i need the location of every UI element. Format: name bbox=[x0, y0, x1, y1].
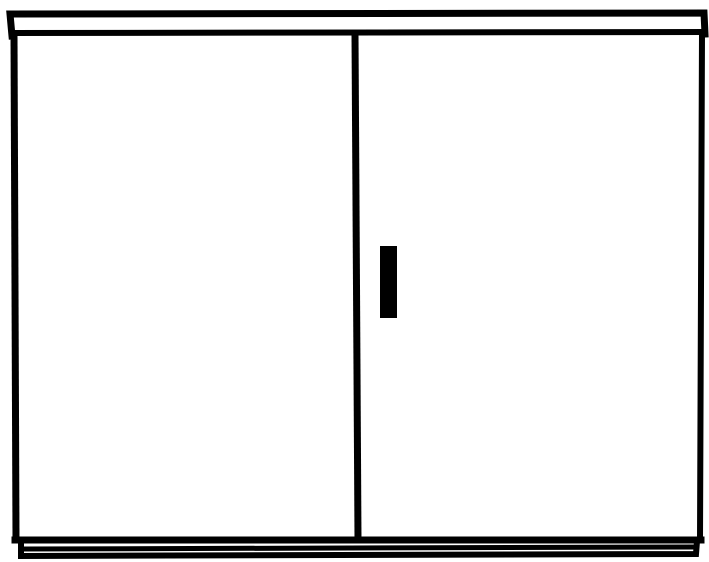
center-divider bbox=[355, 34, 358, 540]
door-handle bbox=[380, 246, 397, 318]
cabinet-drawing bbox=[0, 0, 709, 562]
